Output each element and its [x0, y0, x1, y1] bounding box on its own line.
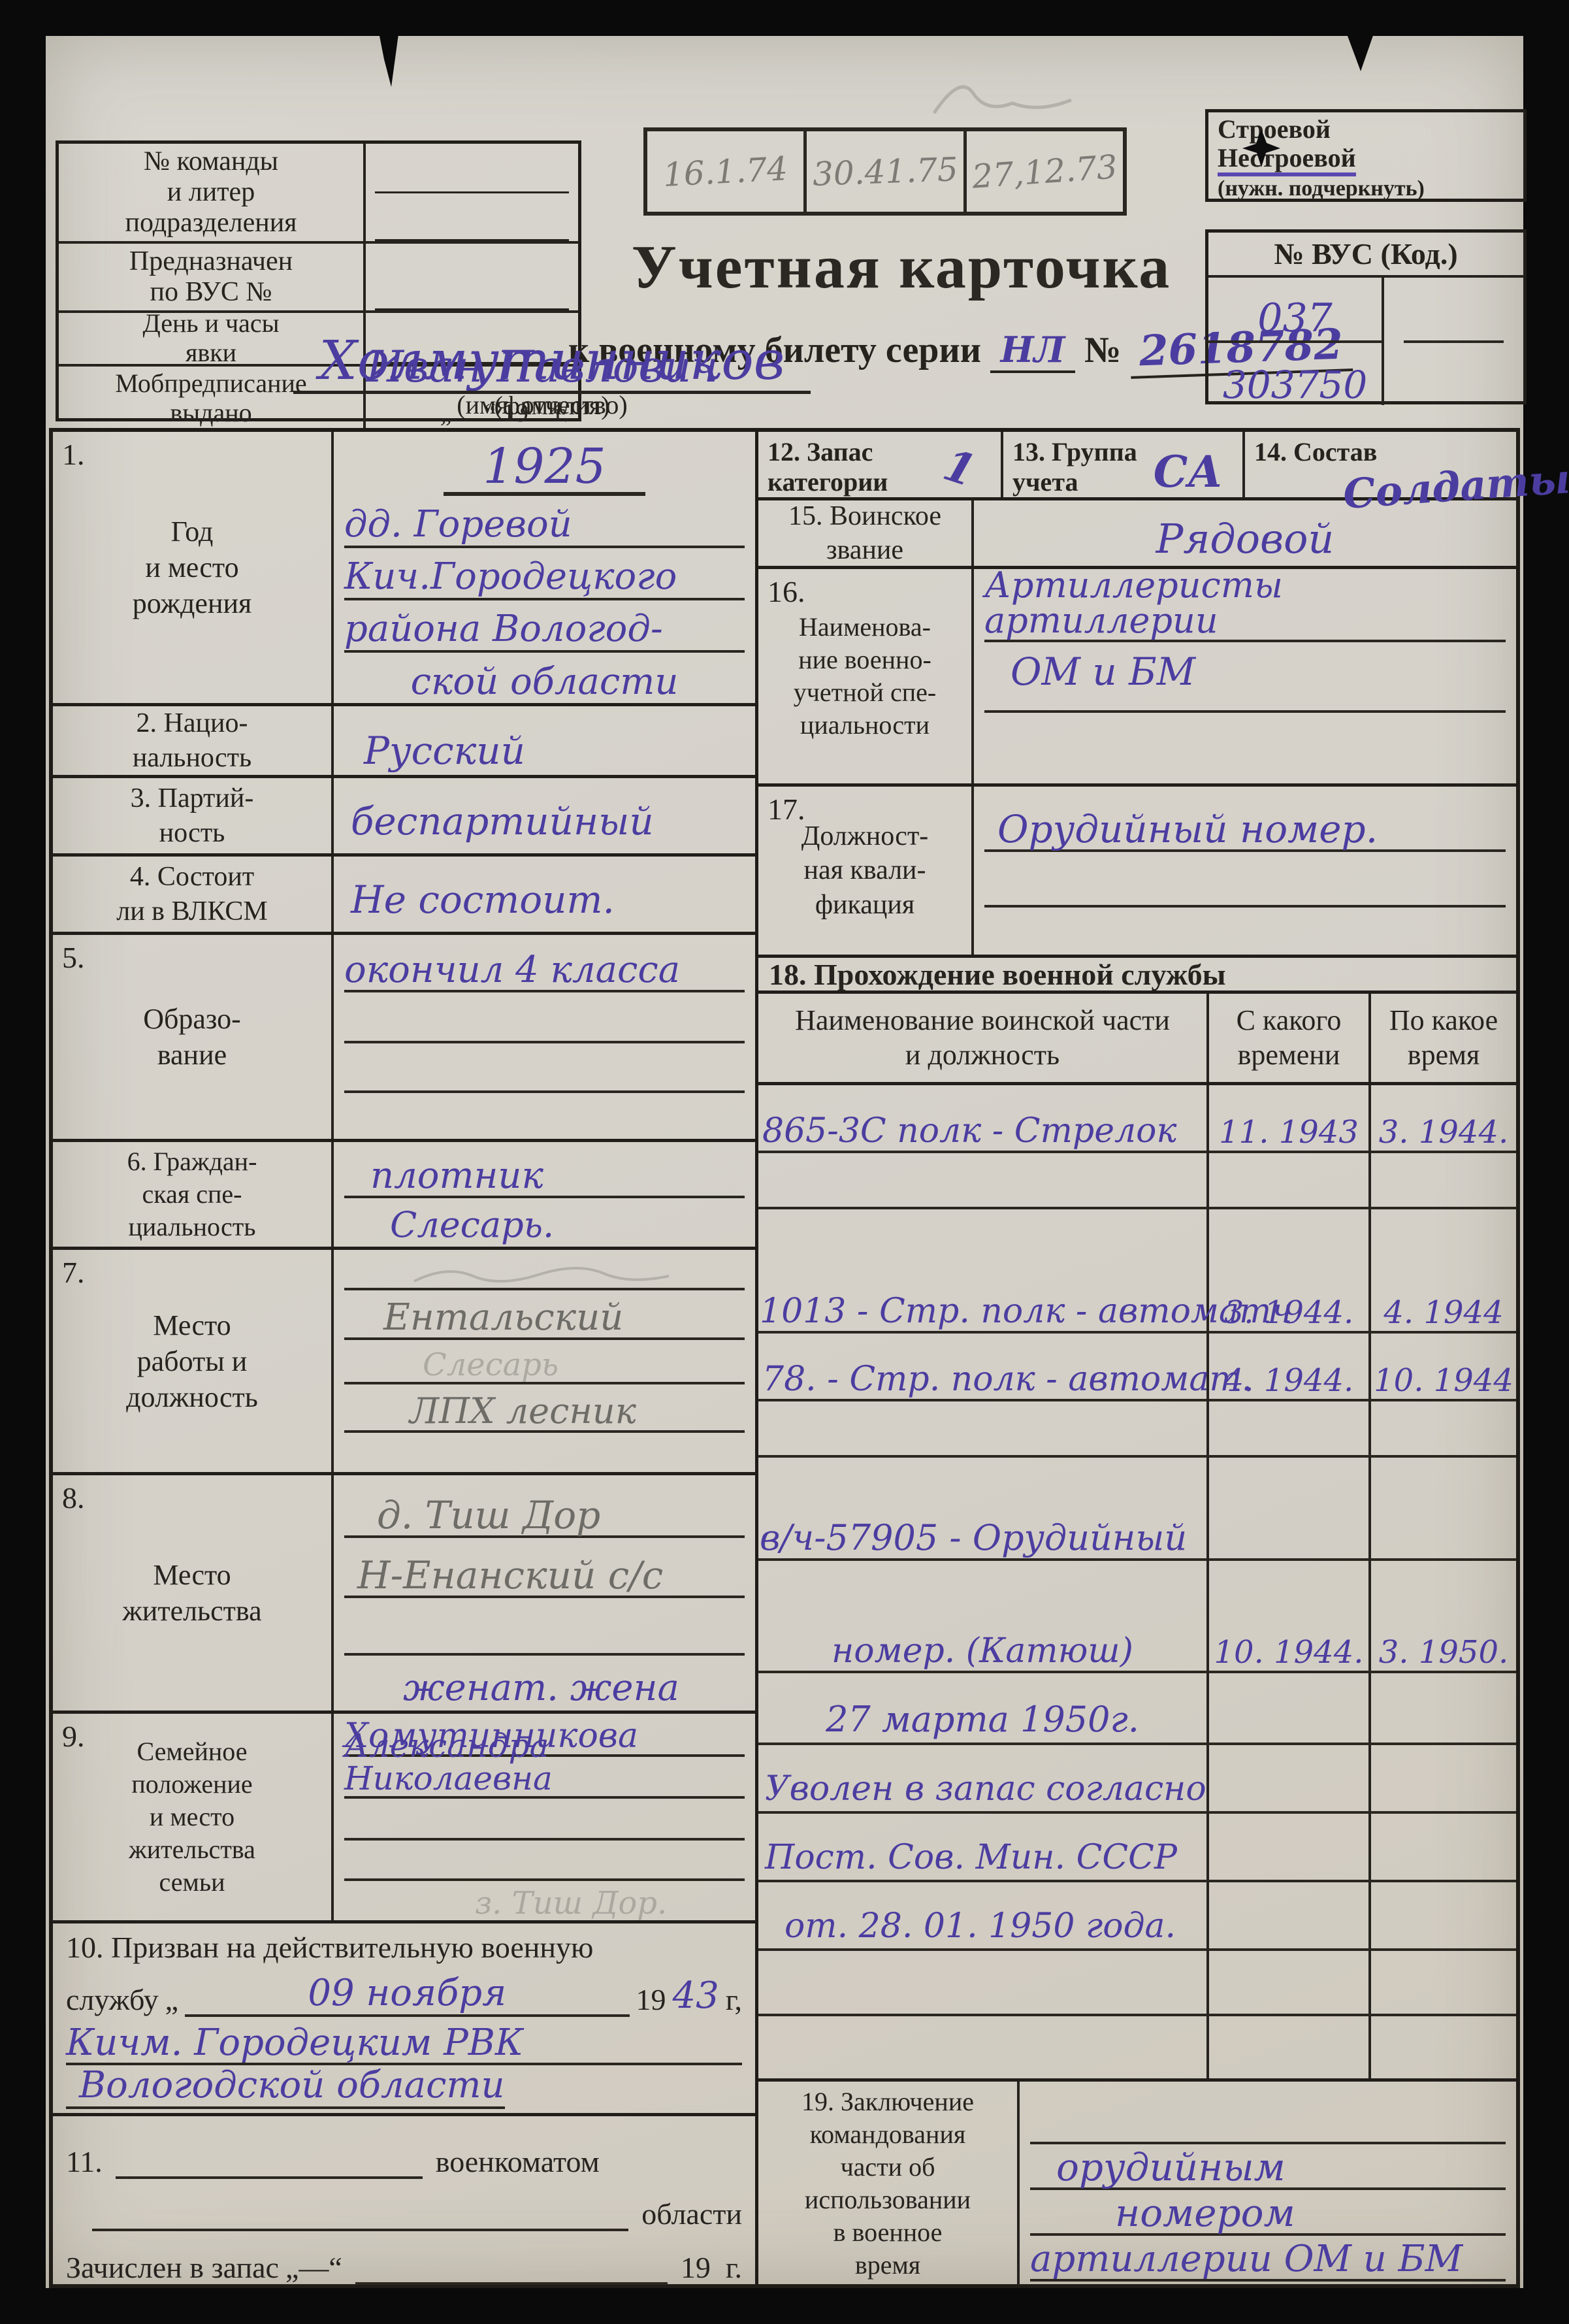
field-family: 9. Семейноеположение и местожительства с… [53, 1714, 755, 1923]
card-paper: № команды и литер подразделения Предназн… [46, 36, 1523, 2288]
wartime-label: 19. Заключениекомандования части обиспол… [758, 2082, 1020, 2285]
vlksm-label: 4. Состоитли в ВЛКСМ [53, 857, 334, 932]
nestroevoy-option: Нестроевой [1218, 144, 1356, 176]
party-value: беспартийный [344, 802, 654, 853]
education-value: окончил 4 класса [344, 952, 680, 990]
draft-year-handwritten: 43 [673, 1974, 719, 2017]
vus-code-right [1384, 278, 1523, 405]
rank-label: 15. Воинскоезвание [758, 500, 974, 566]
service-table: Наименование воинской частии должность С… [758, 994, 1516, 2082]
field-position-qualification: 17. Должност-ная квали-фикация Орудийный… [758, 787, 1516, 958]
residence-line3: женат. жена [344, 1670, 679, 1710]
position-label: 17. Должност-ная квали-фикация [758, 787, 974, 955]
birth-place-line1: дд. Горевой [344, 506, 572, 546]
nationality-label: 2. Нацио-нальность [53, 706, 334, 775]
family-line2: Александра Николаевна [344, 1729, 745, 1796]
birth-place-line2: Кич.Городецкого [344, 559, 677, 598]
stamp-note-3: 27,12.73 [971, 148, 1118, 195]
vlksm-value: Не состоит. [344, 881, 615, 932]
vus-code-2: 303750 [1223, 366, 1367, 405]
reserve-stub: „—“ [285, 2250, 342, 2285]
field-workplace: 7. Местоработы идолжность Ентальский Сле… [53, 1250, 755, 1475]
number-sign: № [1084, 329, 1121, 371]
position-value: Орудийный номер. [984, 810, 1378, 849]
right-column: 12. Запаскатегории 1 13. Группаучета СА … [755, 432, 1516, 2284]
empty-row [758, 1951, 1516, 2016]
drafted-text-line2: службу [66, 1982, 159, 2017]
discharge-note-row: Пост. Сов. Мин. СССР [758, 1814, 1516, 1882]
field-civil-specialty: 6. Граждан-ская спе-циальность плотник С… [53, 1142, 755, 1250]
name-handwritten: Иван Павлович [340, 344, 745, 393]
name-block: Иван Павлович (имя, отчество) [216, 344, 869, 420]
birth-label: 1. Год и место рождения [53, 432, 334, 703]
civil-specialty-1: плотник [344, 1158, 543, 1196]
stamp-note-1: 16.1.74 [662, 150, 789, 194]
page-title: Учетная карточка [555, 232, 1248, 303]
wartime-line3: артиллерии ОМ и БМ [1030, 2241, 1463, 2279]
field-drafted: 10. Призван на действительную военную сл… [53, 1923, 755, 2116]
stroevoy-box: Строевой Нестроевой (нужн. подчеркнуть) [1205, 109, 1527, 202]
mob-label-2: Предназначен по ВУС № [59, 244, 366, 310]
discharge-note-row: от. 28. 01. 1950 года. [758, 1882, 1516, 1951]
residence-label: 8. Местожительства [53, 1475, 334, 1710]
field-residence: 8. Местожительства д. Тиш Дор Н-Енанский… [53, 1475, 755, 1714]
field-birth-year-place: 1. Год и место рождения 1925 дд. Горевой… [53, 432, 755, 706]
header-part-column: Наименование воинской частии должность [758, 994, 1209, 1082]
draft-date-handwritten: 09 ноября [185, 1972, 630, 2017]
service-row: 865-3С полк - Стрелок 11. 1943 3. 1944. [758, 1085, 1516, 1209]
header-to-column: По какоевремя [1371, 994, 1516, 1082]
service-row: в/ч-57905 - Орудийный номер. (Катюш) 10.… [758, 1458, 1516, 1673]
residence-line1: д. Тиш Дор [344, 1496, 600, 1535]
vus-box-title: № ВУС (Код.) [1208, 233, 1523, 278]
field-party: 3. Партий-ность беспартийный [53, 778, 755, 857]
punch-hole-left [372, 29, 405, 87]
pencil-scribble-work [408, 1262, 682, 1288]
field-education: 5. Образо-вание окончил 4 класса [53, 935, 755, 1142]
registry-stamp-box: 16.1.74 30.41.75 27,12.73 [643, 127, 1127, 216]
empty-row [758, 2016, 1516, 2078]
field-account-group: 13. Группаучета СА [1003, 432, 1245, 497]
workplace-line2: Слесарь [344, 1349, 558, 1382]
birth-place-line4: ской области [411, 664, 679, 703]
underline-instruction: (нужн. подчеркнуть) [1218, 176, 1514, 201]
vus-name-label: 16. Наименова-ние военно- учетной спе-ци… [758, 569, 974, 783]
vus-code-box: № ВУС (Код.) 037 303750 [1205, 229, 1527, 404]
party-label: 3. Партий-ность [53, 778, 334, 853]
discharge-note-row: Уволен в запас согласно [758, 1745, 1516, 1814]
birth-place-line3: района Вологод- [344, 611, 663, 650]
name-caption: (имя, отчество) [216, 389, 869, 420]
vus-code-left: 037 303750 [1208, 278, 1384, 405]
service-row: 78. - Стр. полк - автомат. 4. 1944. 10. … [758, 1334, 1516, 1458]
voenkomat-number: 11. [66, 2144, 103, 2179]
drafted-text-line1: 10. Призван на действительную военную [66, 1927, 742, 1965]
workplace-line3: ЛПХ лесник [344, 1394, 636, 1430]
mob-value-1 [366, 144, 578, 241]
wartime-line2: номером [1030, 2194, 1295, 2233]
residence-line2: Н-Енанский с/с [344, 1556, 663, 1596]
mob-value-2 [366, 244, 578, 310]
field-composition: 14. Состав Солдаты [1245, 432, 1516, 497]
draft-rvk-line: Кичм. Городецким РВК [66, 2025, 523, 2063]
field-vlksm: 4. Состоитли в ВЛКСМ Не состоит. [53, 857, 755, 935]
civil-specialty-label: 6. Граждан-ская спе-циальность [53, 1142, 334, 1247]
mob-label-1: № команды и литер подразделения [59, 144, 366, 241]
service-history-heading: 18. Прохождение военной службы [758, 958, 1516, 994]
stamp-note-2: 30.41.75 [812, 150, 959, 193]
scanned-military-card: { "header": { "left_box": { "row1": ["№ … [0, 0, 1569, 2324]
rank-value: Рядовой [1156, 519, 1334, 566]
oblast-word: области [641, 2197, 742, 2231]
left-column: 1. Год и место рождения 1925 дд. Горевой… [53, 432, 755, 2284]
account-group-value: СА [1154, 448, 1223, 497]
reserve-year: 19 г. [681, 2250, 742, 2285]
punch-hole-right [1346, 31, 1373, 71]
service-table-header: Наименование воинской частии должность С… [758, 994, 1516, 1085]
vus-name-line2: ОМ и БМ [984, 653, 1195, 710]
birth-year-handwritten: 1925 [444, 442, 645, 496]
family-label: 9. Семейноеположение и местожительства с… [53, 1714, 334, 1920]
workplace-line1: Ентальский [344, 1300, 623, 1337]
wartime-line1: орудийным [1030, 2148, 1286, 2187]
field-reserve-category: 12. Запаскатегории 1 [758, 432, 1003, 497]
nationality-value: Русский [344, 732, 525, 775]
fields-12-13-14: 12. Запаскатегории 1 13. Группаучета СА … [758, 432, 1516, 500]
field-vus-name: 16. Наименова-ние военно- учетной спе-ци… [758, 569, 1516, 787]
reserve-word: Зачислен в запас [66, 2250, 279, 2285]
main-form-card: 1. Год и место рождения 1925 дд. Горевой… [49, 428, 1520, 2288]
field-wartime-use: 19. Заключениекомандования части обиспол… [758, 2082, 1516, 2285]
header-from-column: С какоговремени [1209, 994, 1371, 1082]
series-handwritten: НЛ [990, 329, 1075, 373]
workplace-label: 7. Местоработы идолжность [53, 1250, 334, 1472]
civil-specialty-2: Слесарь. [344, 1207, 554, 1247]
field-voenkomat: 11. военкоматом области Зачислен в запас… [53, 2116, 755, 2289]
education-label: 5. Образо-вание [53, 935, 334, 1139]
discharge-note-row: 27 марта 1950г. [758, 1673, 1516, 1745]
draft-oblast-line: Вологодской области [66, 2067, 505, 2109]
family-pencil-note: з. Тиш Дор. [344, 1888, 667, 1920]
vus-code-1: 037 [1257, 299, 1333, 340]
vus-name-line1: Артиллеристы артиллерии [984, 568, 1506, 640]
voenkomat-word: военкоматом [436, 2144, 600, 2179]
field-nationality: 2. Нацио-нальность Русский [53, 706, 755, 778]
service-row: 1013 - Стр. полк - автоматч 3. 1944. 4. … [758, 1209, 1516, 1334]
